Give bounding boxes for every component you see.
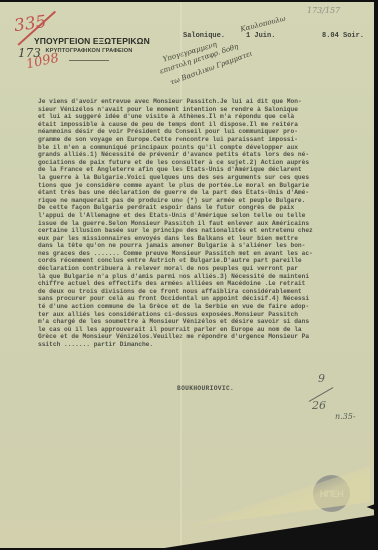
letterhead-divider (69, 60, 109, 61)
letterhead-ministry: ΥΠΟΥΡΓΕΙΟΝ ΕΞΩΤΕΡΙΚΩΝ (34, 36, 144, 46)
body-line: issue de la guerre.Selon Monsieur Passit… (38, 220, 368, 228)
body-line: néanmoins désir de voir Président du Con… (38, 128, 368, 136)
fraction-numerator: 9 (318, 372, 325, 385)
document-page: ΥΠΟΥΡΓΕΙΟΝ ΕΞΩΤΕΡΙΚΩΝ ΚΡΥΠΤΟΓΡΑΦΙΚΟΝ ΓΡΑ… (0, 2, 374, 548)
body-line: ssitch ....... partir Dimanche. (38, 341, 368, 349)
body-line: cords récemment conclus entre Autrich et… (38, 257, 368, 265)
archive-reference: 173/157 (307, 6, 340, 15)
body-line: l'appui de l'Allemagne et des Etats-Unis… (38, 212, 368, 220)
body-line: nes graces des ....... Comme preuve Mons… (38, 250, 368, 258)
body-line: té d'une action commune de la Grèce et d… (38, 303, 368, 311)
body-line: grands alliés.1) Nécessité de prévenir d… (38, 151, 368, 159)
body-line: Je viens d'avoir entrevue avec Monsieur … (38, 98, 368, 106)
body-line: chiffre actuel des effectifs des armées … (38, 280, 368, 288)
body-line: était impossible à cause de peu de temps… (38, 121, 368, 129)
body-line: m'a chargé de les soumettre à Monsieur V… (38, 318, 368, 326)
body-line: sans procurer pour celà au front Occiden… (38, 295, 368, 303)
folded-corner (190, 466, 370, 526)
body-line: certaine illusion basée sur le principe … (38, 227, 368, 235)
body-line: tions que je considère comme ayant le pl… (38, 182, 368, 190)
header-time: 8.04 Soir. (322, 32, 364, 40)
header-date: 1 Juin. (246, 32, 275, 40)
body-line: ter aux alliés les considérations ci-des… (38, 311, 368, 319)
body-line: étant très bas une déclaration de guerre… (38, 189, 368, 197)
body-line: déclaration contribuera à relever moral … (38, 265, 368, 273)
fraction-denominator: 26 (312, 399, 326, 412)
body-line: gociations de paix future et de les cons… (38, 159, 368, 167)
body-line: la guerre à la Bulgarie.Voici quelques u… (38, 174, 368, 182)
body-line: là que Bulgarie n'a plus d'amis parmi no… (38, 273, 368, 281)
body-line: sieur Vénizélos n'avait pour le moment i… (38, 106, 368, 114)
telegram-body: Je viens d'avoir entrevue avec Monsieur … (38, 98, 368, 349)
body-line: et lui ai suggeré idée d'une visite à At… (38, 113, 368, 121)
body-line: eux par les missionnaires envoyés dans l… (38, 235, 368, 243)
body-line: de la France et Angleterre afin que les … (38, 166, 368, 174)
handwritten-note-line1: Καυλοπουλω (240, 15, 287, 34)
body-line: gramme de son voyage en Europe.Cette ren… (38, 136, 368, 144)
body-line: De cette façon Bulgarie perdrait espoir … (38, 204, 368, 212)
signature: BOUKHOURIOVIC. (177, 385, 234, 392)
body-line: dans la tête qu'on ne pourra jamais amen… (38, 242, 368, 250)
body-line: rique ne manquerait pas de produire une … (38, 197, 368, 205)
reference-number: n.35- (335, 412, 356, 421)
body-line: Grèce et de Monsieur Vénizélos.Veuillez … (38, 333, 368, 341)
body-line: le cas où il les approuverait il pourrai… (38, 326, 368, 334)
body-line: de deux ou trois divisions de ce front n… (38, 288, 368, 296)
body-line: ble il m'en a communiqué principaux poin… (38, 144, 368, 152)
header-place: Salonique. (183, 32, 225, 40)
